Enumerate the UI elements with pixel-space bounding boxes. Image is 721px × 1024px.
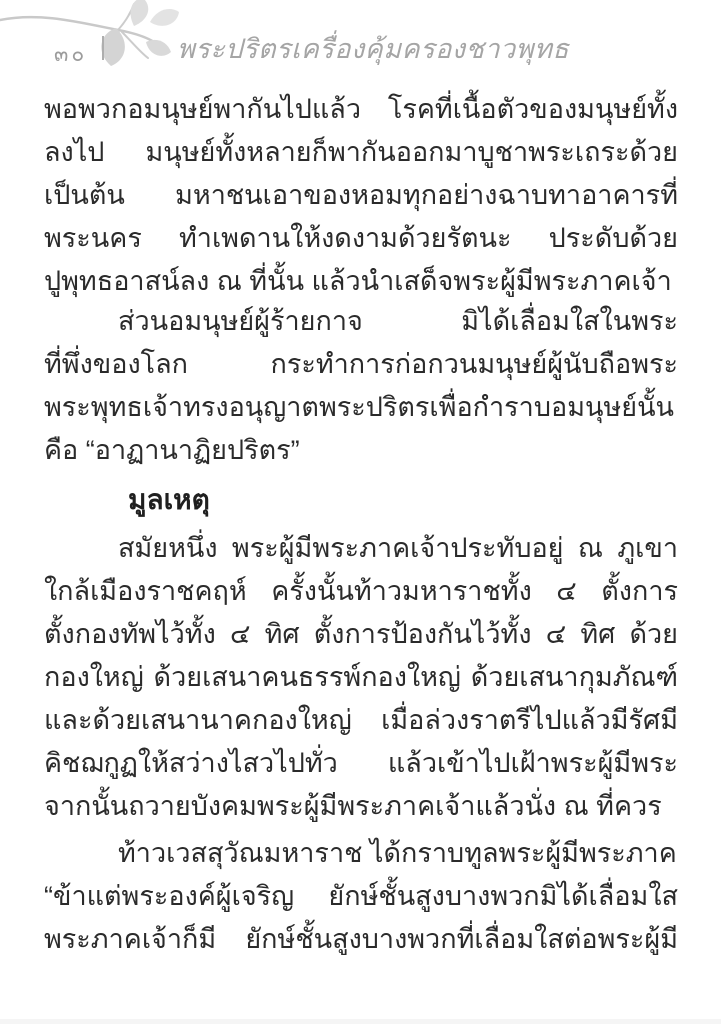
text-line: พระพุทธเจ้าทรงอนุญาตพระปริตรเพื่อกำราบอม… bbox=[44, 386, 678, 429]
section-heading: มูลเหตุ bbox=[44, 478, 721, 521]
paragraph-3: สมัยหนึ่ง พระผู้มีพระภาคเจ้าประทับอยู่ ณ… bbox=[44, 527, 678, 828]
book-title: พระปริตรเครื่องคุ้มครองชาวพุทธ bbox=[177, 27, 569, 70]
paragraph-1: พอพวกอมนุษย์พากันไปแล้ว โรคที่เนื้อตัวขอ… bbox=[44, 88, 678, 303]
text-line: ท้าวเวสสุวัณมหาราช ได้กราบทูลพระผู้มีพระ… bbox=[44, 832, 678, 875]
text-line: และด้วยเสนานาคกองใหญ่ เมื่อล่วงราตรีไปแล… bbox=[44, 699, 678, 742]
page-number-divider bbox=[102, 36, 104, 60]
text-line: พอพวกอมนุษย์พากันไปแล้ว โรคที่เนื้อตัวขอ… bbox=[44, 88, 678, 131]
bodhi-leaf-icon bbox=[101, 0, 179, 66]
page-bottom-edge bbox=[0, 1019, 721, 1024]
text-line: คือ “อาฏานาฏิยปริตร” bbox=[44, 429, 678, 472]
text-line: ที่พึ่งของโลก กระทำการก่อกวนมนุษย์ผู้นับ… bbox=[44, 343, 678, 386]
book-page: ๓๐ พระปริตรเครื่องคุ้มครองชาวพุทธ พอพวกอ… bbox=[0, 0, 721, 1024]
text-line: กองใหญ่ ด้วยเสนาคนธรรพ์กองใหญ่ ด้วยเสนาก… bbox=[44, 656, 678, 699]
text-line: เป็นต้น มหาชนเอาของหอมทุกอย่างฉาบทาอาคาร… bbox=[44, 174, 678, 217]
text-line: คิชฌกูฏให้สว่างไสวไปทั่ว แล้วเข้าไปเฝ้าพ… bbox=[44, 742, 678, 785]
text-line: “ข้าแต่พระองค์ผู้เจริญ ยักษ์ชั้นสูงบางพว… bbox=[44, 875, 678, 918]
text-line: ใกล้เมืองราชคฤห์ ครั้งนั้นท้าวมหาราชทั้ง… bbox=[44, 570, 678, 613]
text-line: ส่วนอมนุษย์ผู้ร้ายกาจ มิได้เลื่อมใสในพระ… bbox=[44, 300, 678, 343]
page-number: ๓๐ bbox=[54, 38, 87, 71]
text-line: ลงไป มนุษย์ทั้งหลายก็พากันออกมาบูชาพระเถ… bbox=[44, 131, 678, 174]
text-line: สมัยหนึ่ง พระผู้มีพระภาคเจ้าประทับอยู่ ณ… bbox=[44, 527, 678, 570]
text-line: พระภาคเจ้าก็มี ยักษ์ชั้นสูงบางพวกที่เลื่… bbox=[44, 918, 678, 961]
page-header: ๓๐ พระปริตรเครื่องคุ้มครองชาวพุทธ bbox=[0, 0, 721, 96]
text-line: ตั้งกองทัพไว้ทั้ง ๔ ทิศ ตั้งการป้องกันไว… bbox=[44, 613, 678, 656]
text-line: พระนคร ทำเพดานให้งดงามด้วยรัตนะ ประดับด้… bbox=[44, 217, 678, 260]
paragraph-2: ส่วนอมนุษย์ผู้ร้ายกาจ มิได้เลื่อมใสในพระ… bbox=[44, 300, 678, 472]
text-line: ปูพุทธอาสน์ลง ณ ที่นั้น แล้วนำเสด็จพระผู… bbox=[44, 260, 678, 303]
text-line: จากนั้นถวายบังคมพระผู้มีพระภาคเจ้าแล้วนั… bbox=[44, 785, 678, 828]
paragraph-4: ท้าวเวสสุวัณมหาราช ได้กราบทูลพระผู้มีพระ… bbox=[44, 832, 678, 961]
